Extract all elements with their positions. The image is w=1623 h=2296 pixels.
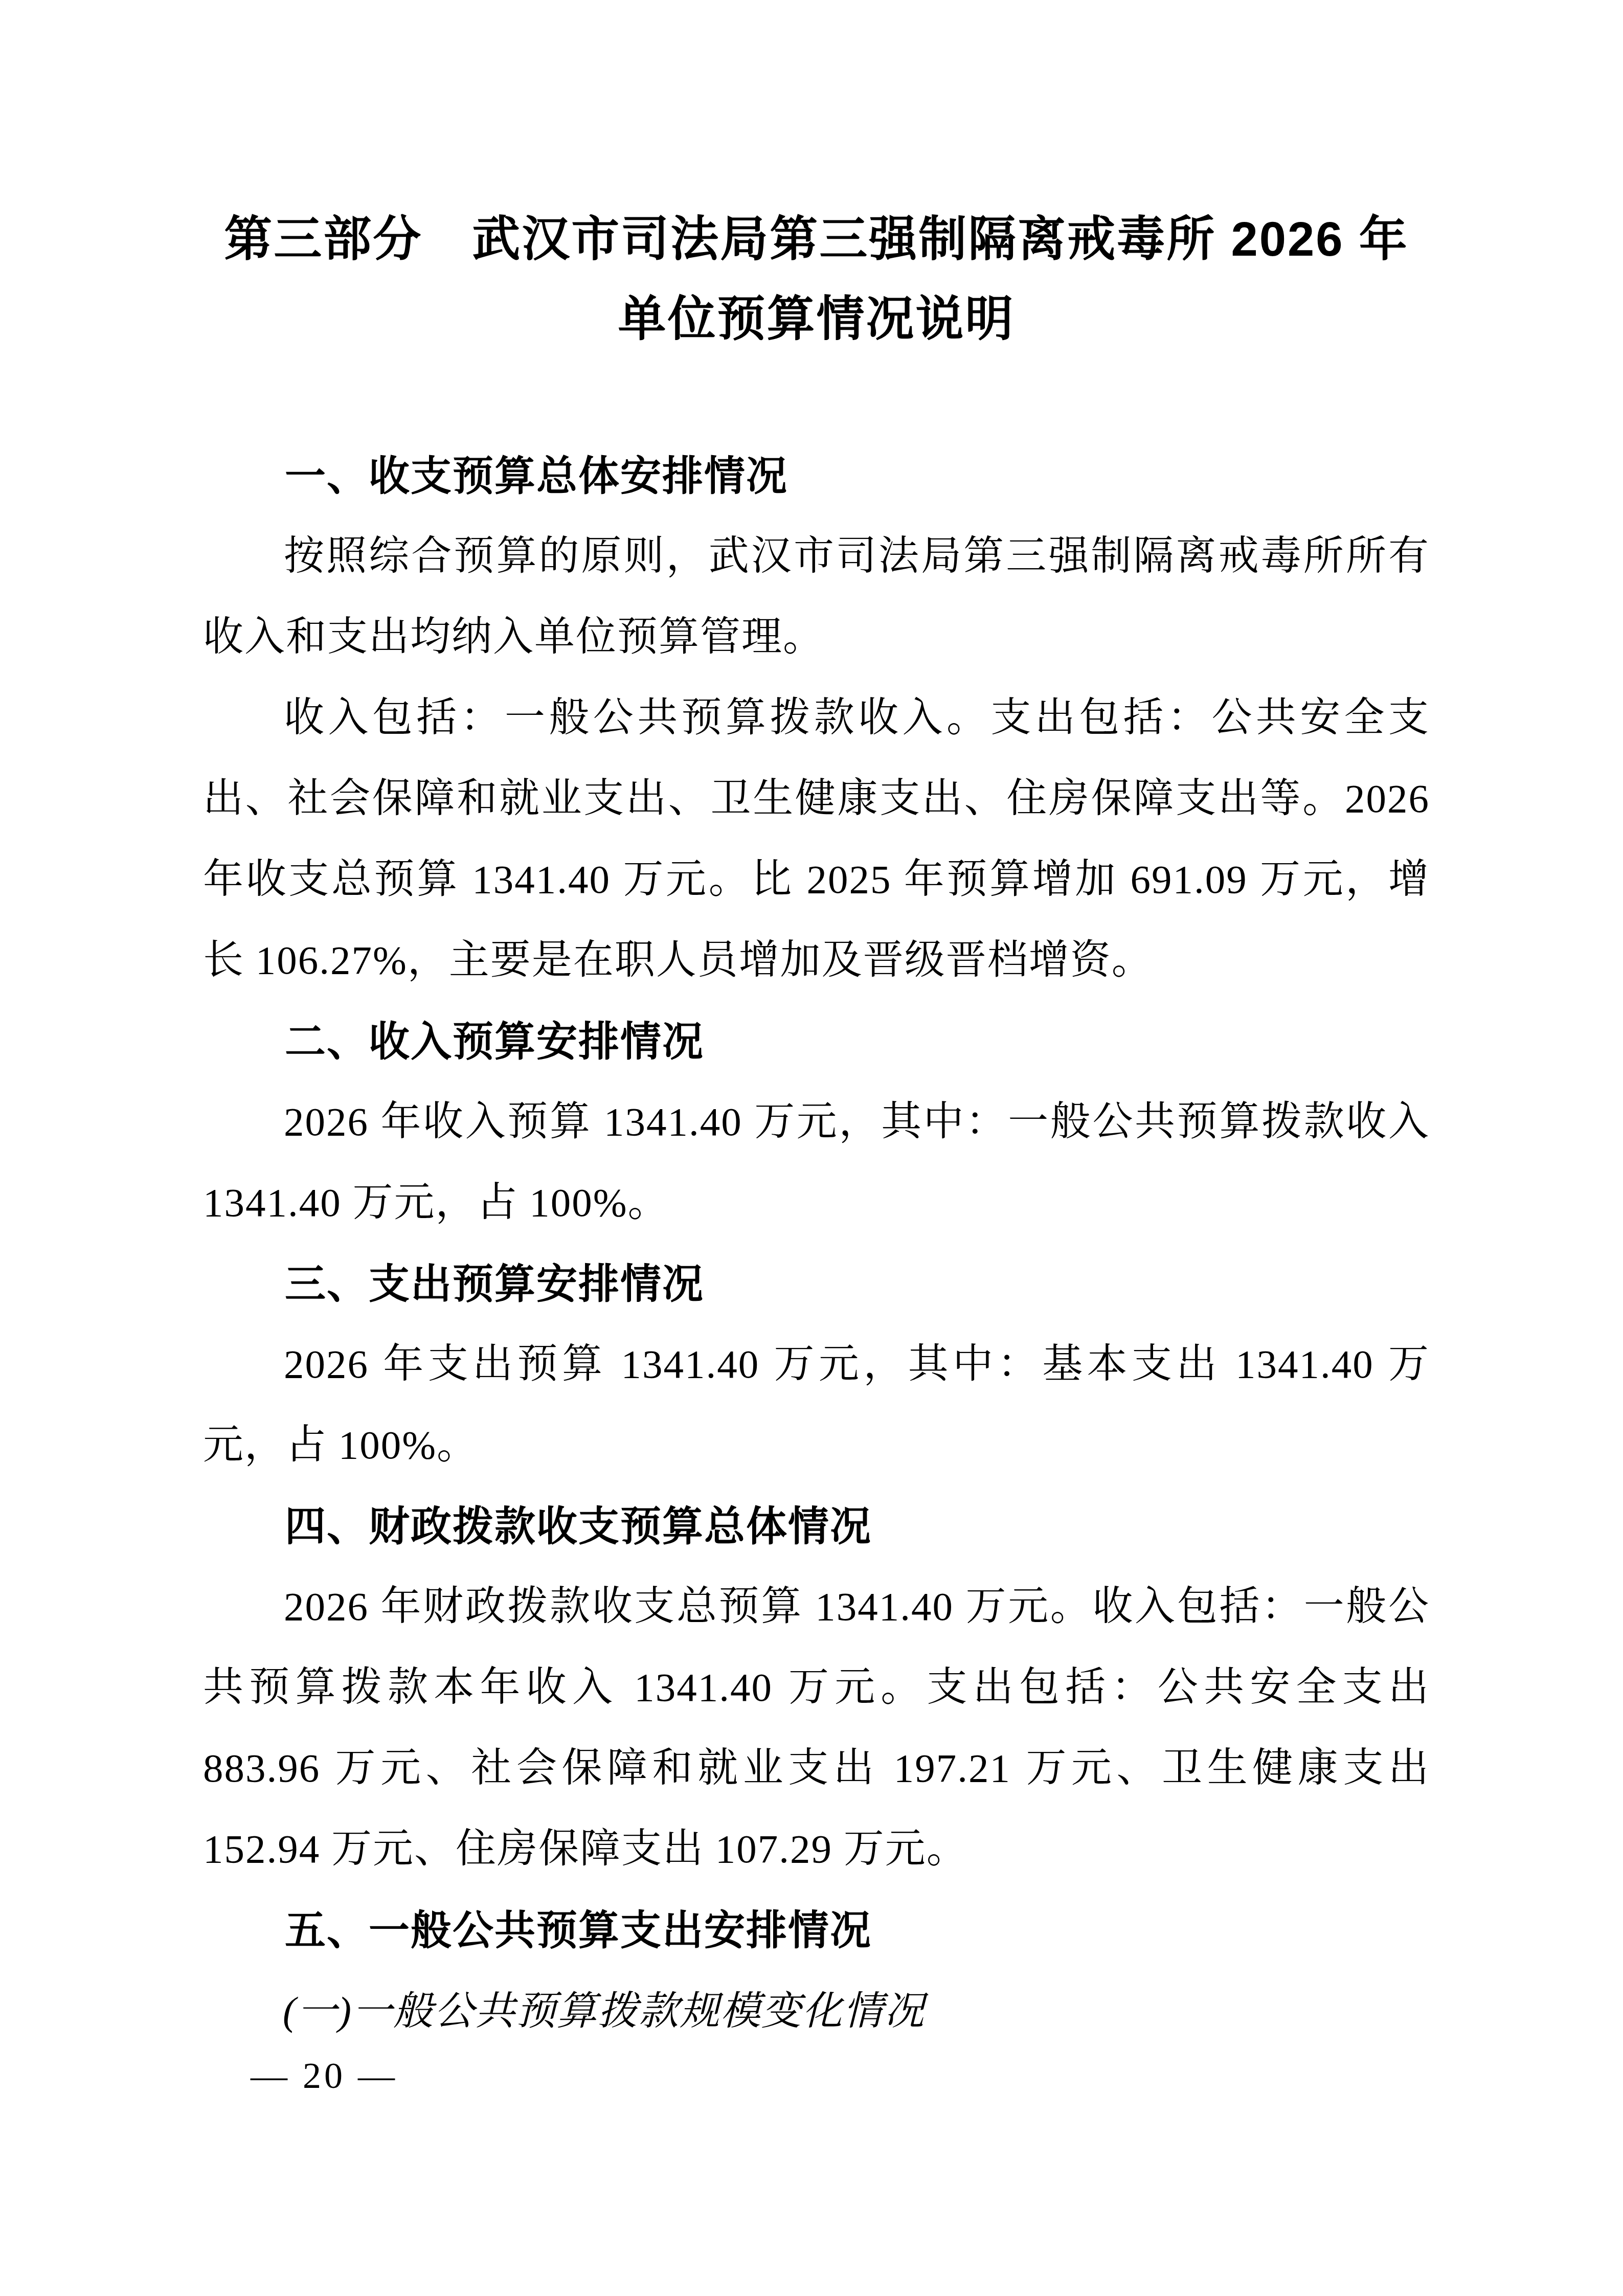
section-3-heading: 三、支出预算安排情况 [203,1244,1430,1324]
section-3-expenditure-budget: 三、支出预算安排情况 2026 年支出预算 1341.40 万元，其中：基本支出… [203,1244,1430,1486]
section-1-heading: 一、收支预算总体安排情况 [203,436,1430,516]
section-5-subheading: (一)一般公共预算拨款规模变化情况 [203,1971,1430,2052]
section-1-paragraph-2: 收入包括：一般公共预算拨款收入。支出包括：公共安全支出、社会保障和就业支出、卫生… [203,678,1430,1001]
title-line-2: 单位预算情况说明 [203,279,1430,359]
section-3-paragraph-1: 2026 年支出预算 1341.40 万元，其中：基本支出 1341.40 万元… [203,1324,1430,1486]
section-2-paragraph-1: 2026 年收入预算 1341.40 万元，其中：一般公共预算拨款收入 1341… [203,1082,1430,1244]
section-5-heading: 五、一般公共预算支出安排情况 [203,1890,1430,1971]
page-number: — 20 — [251,2055,398,2097]
document-page: 第三部分 武汉市司法局第三强制隔离戒毒所 2026 年 单位预算情况说明 一、收… [0,0,1623,2296]
section-4-fiscal-appropriation: 四、财政拨款收支预算总体情况 2026 年财政拨款收支总预算 1341.40 万… [203,1486,1430,1890]
section-1-overall-budget: 一、收支预算总体安排情况 按照综合预算的原则，武汉市司法局第三强制隔离戒毒所所有… [203,436,1430,1001]
document-title: 第三部分 武汉市司法局第三强制隔离戒毒所 2026 年 单位预算情况说明 [203,199,1430,359]
title-line-1: 第三部分 武汉市司法局第三强制隔离戒毒所 2026 年 [203,199,1430,279]
section-1-paragraph-1: 按照综合预算的原则，武汉市司法局第三强制隔离戒毒所所有收入和支出均纳入单位预算管… [203,516,1430,678]
section-2-income-budget: 二、收入预算安排情况 2026 年收入预算 1341.40 万元，其中：一般公共… [203,1001,1430,1244]
section-4-heading: 四、财政拨款收支预算总体情况 [203,1486,1430,1567]
section-4-paragraph-1: 2026 年财政拨款收支总预算 1341.40 万元。收入包括：一般公共预算拨款… [203,1567,1430,1890]
section-2-heading: 二、收入预算安排情况 [203,1001,1430,1082]
section-5-general-public-budget: 五、一般公共预算支出安排情况 (一)一般公共预算拨款规模变化情况 [203,1890,1430,2052]
